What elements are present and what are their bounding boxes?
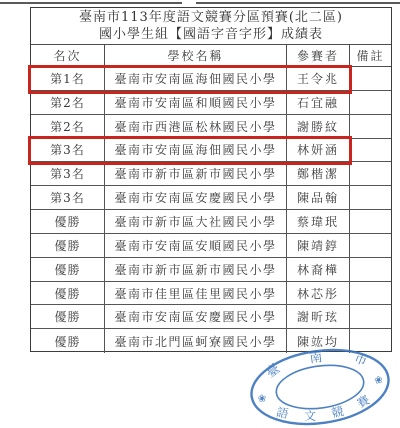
table-header-row: 名次 學校名稱 參賽者 備註 <box>31 45 391 67</box>
participant-cell: 王令兆 <box>287 67 350 90</box>
participant-cell: 陳靖錞 <box>287 234 350 257</box>
participant-cell: 謝勝紋 <box>287 115 350 138</box>
note-cell <box>350 186 391 209</box>
table-row: 第3名 臺南市安南區海佃國民小學 林妍涵 <box>31 139 391 163</box>
table-row: 第3名 臺南市安南區安慶國民小學 陳品翰 <box>31 186 391 210</box>
table-body: 第1名 臺南市安南區海佃國民小學 王令兆 第2名 臺南市安南區和順國民小學 石宜… <box>31 67 391 353</box>
rank-cell: 優勝 <box>31 234 105 257</box>
rank-cell: 第2名 <box>31 115 105 138</box>
participant-cell: 鄭楷潔 <box>287 162 350 185</box>
school-cell: 臺南市佳里區佳里國民小學 <box>105 282 287 305</box>
official-seal-stamp: 臺 南 市 ❀ ❀ 語 文 競 賽 <box>244 346 396 428</box>
note-cell <box>350 305 391 328</box>
rank-cell: 優勝 <box>31 258 105 281</box>
stamp-char: 市 <box>352 351 370 370</box>
participant-cell: 林裔樺 <box>287 258 350 281</box>
note-cell <box>350 282 391 305</box>
rank-cell: 第3名 <box>31 162 105 185</box>
participant-cell: 蔡瑋珉 <box>287 210 350 233</box>
stamp-char: 臺 <box>263 361 283 382</box>
rank-cell: 優勝 <box>31 282 105 305</box>
stamp-symbol: ❀ <box>374 375 384 387</box>
title-line-2: 國小學生組【國語字音字形】成績表 <box>99 26 323 43</box>
table-row: 第2名 臺南市西港區松林國民小學 謝勝紋 <box>31 115 391 139</box>
note-cell <box>350 258 391 281</box>
note-cell <box>350 115 391 138</box>
header-rank: 名次 <box>31 45 105 66</box>
stamp-char: 競 <box>330 403 345 421</box>
table-row: 第1名 臺南市安南區海佃國民小學 王令兆 <box>31 67 391 91</box>
results-table: 臺南市113年度語文競賽分區預賽(北二區) 國小學生組【國語字音字形】成績表 名… <box>30 7 392 352</box>
rank-cell: 優勝 <box>31 305 105 328</box>
table-row: 優勝 臺南市佳里區佳里國民小學 林芯彤 <box>31 282 391 306</box>
school-cell: 臺南市安南區安順國民小學 <box>105 234 287 257</box>
rank-cell: 優勝 <box>31 210 105 233</box>
title-line-1: 臺南市113年度語文競賽分區預賽(北二區) <box>79 9 343 26</box>
note-cell <box>350 210 391 233</box>
note-cell <box>350 162 391 185</box>
table-row: 優勝 臺南市安南區安順國民小學 陳靖錞 <box>31 234 391 258</box>
header-participant: 參賽者 <box>287 45 350 66</box>
rank-cell: 第3名 <box>31 139 105 162</box>
note-cell <box>350 234 391 257</box>
school-cell: 臺南市安南區安慶國民小學 <box>105 186 287 209</box>
participant-cell: 林芯彤 <box>287 282 350 305</box>
school-cell: 臺南市安南區安慶國民小學 <box>105 305 287 328</box>
stamp-char: 文 <box>304 409 316 423</box>
school-cell: 臺南市新市區新市國民小學 <box>105 162 287 185</box>
scan-artifact-line <box>0 2 400 4</box>
table-row: 第2名 臺南市安南區和順國民小學 石宜融 <box>31 91 391 115</box>
table-row: 優勝 臺南市新市區大社國民小學 蔡瑋珉 <box>31 210 391 234</box>
rank-cell: 第2名 <box>31 91 105 114</box>
table-row: 第3名 臺南市新市區新市國民小學 鄭楷潔 <box>31 162 391 186</box>
rank-cell: 第3名 <box>31 186 105 209</box>
stamp-char: 語 <box>275 405 290 421</box>
stamp-symbol: ❀ <box>257 393 267 405</box>
school-cell: 臺南市新市區大社國民小學 <box>105 210 287 233</box>
note-cell <box>350 67 391 90</box>
header-note: 備註 <box>350 45 391 66</box>
school-cell: 臺南市安南區和順國民小學 <box>105 91 287 114</box>
participant-cell: 謝昕玹 <box>287 305 350 328</box>
school-cell: 臺南市安南區海佃國民小學 <box>105 139 287 162</box>
participant-cell: 陳品翰 <box>287 186 350 209</box>
participant-cell: 林妍涵 <box>287 139 350 162</box>
school-cell: 臺南市安南區海佃國民小學 <box>105 67 287 90</box>
stamp-char: 南 <box>308 349 323 367</box>
note-cell <box>350 91 391 114</box>
rank-cell: 優勝 <box>31 329 105 353</box>
header-school: 學校名稱 <box>105 45 287 66</box>
school-cell: 臺南市新市區新市國民小學 <box>105 258 287 281</box>
table-row: 優勝 臺南市安南區安慶國民小學 謝昕玹 <box>31 305 391 329</box>
table-row: 優勝 臺南市新市區新市國民小學 林裔樺 <box>31 258 391 282</box>
school-cell: 臺南市西港區松林國民小學 <box>105 115 287 138</box>
rank-cell: 第1名 <box>31 67 105 90</box>
participant-cell: 石宜融 <box>287 91 350 114</box>
document-title: 臺南市113年度語文競賽分區預賽(北二區) 國小學生組【國語字音字形】成績表 <box>31 8 391 45</box>
note-cell <box>350 139 391 162</box>
